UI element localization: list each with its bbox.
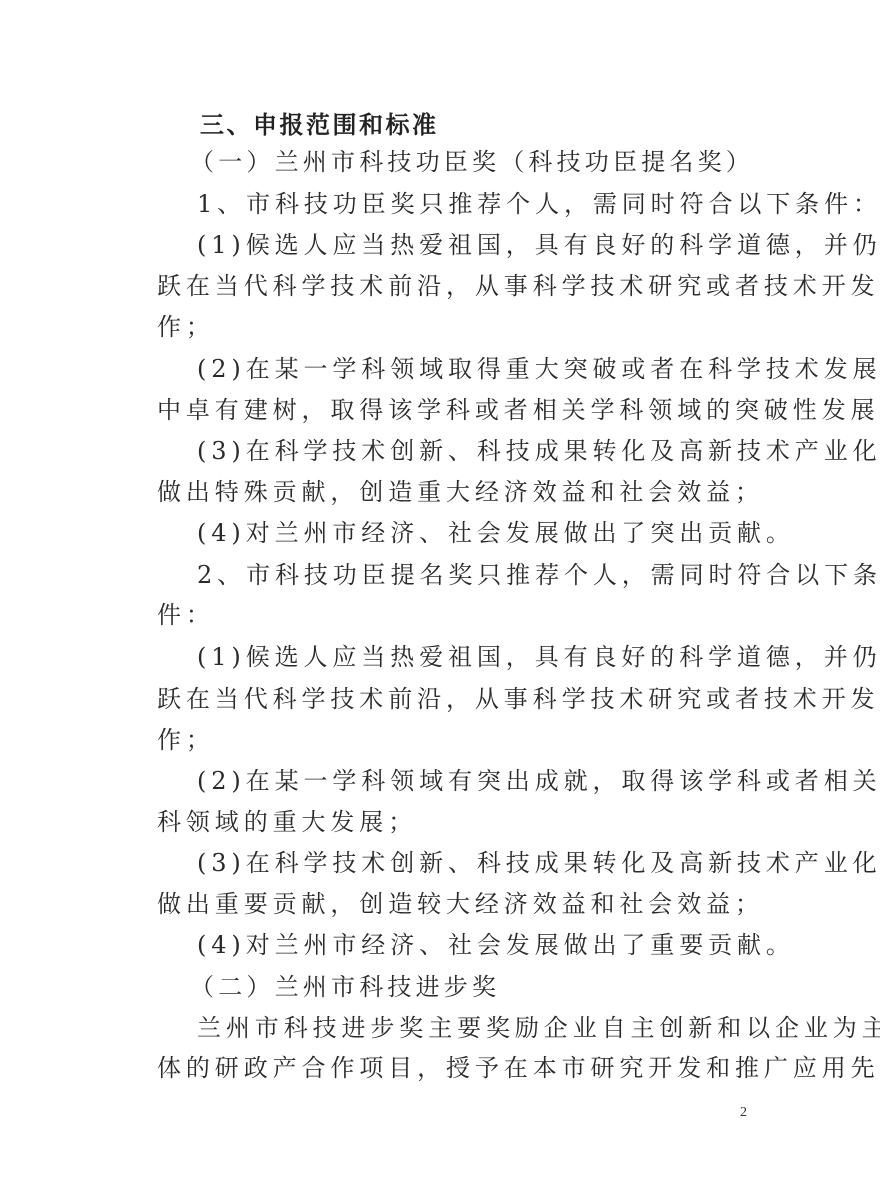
item-2-title-line-2: 件： (157, 598, 757, 632)
item-1-condition-4-line-1: (4)对兰州市经济、社会发展做出了突出贡献。 (197, 516, 757, 550)
item-1-condition-3-line-1: (3)在科学技术创新、科技成果转化及高新技术产业化中 (197, 434, 757, 468)
subsection-1-title: （一）兰州市科技功臣奖（科技功臣提名奖） (190, 145, 790, 179)
item-2-title-line-1: 2、市科技功臣提名奖只推荐个人，需同时符合以下条 (197, 558, 757, 592)
subsection-2-paragraph-line-1: 兰州市科技进步奖主要奖励企业自主创新和以企业为主 (197, 1011, 757, 1045)
item-2-condition-4-line-1: (4)对兰州市经济、社会发展做出了重要贡献。 (197, 928, 757, 962)
item-2-condition-1-line-3: 作； (157, 723, 757, 757)
item-2-condition-1-line-2: 跃在当代科学技术前沿，从事科学技术研究或者技术开发工 (157, 682, 757, 716)
item-2-condition-3-line-2: 做出重要贡献，创造较大经济效益和社会效益； (157, 887, 757, 921)
section-heading: 三、申报范围和标准 (200, 108, 800, 142)
item-2-condition-2-line-2: 科领域的重大发展； (157, 805, 757, 839)
item-2-condition-3-line-1: (3)在科学技术创新、科技成果转化及高新技术产业化中 (197, 846, 757, 880)
item-1-title: 1、市科技功臣奖只推荐个人，需同时符合以下条件： (197, 187, 757, 221)
item-1-condition-1-line-1: (1)候选人应当热爱祖国，具有良好的科学道德，并仍活 (197, 228, 757, 262)
subsection-2-title: （二）兰州市科技进步奖 (190, 970, 790, 1004)
document-page: 三、申报范围和标准 （一）兰州市科技功臣奖（科技功臣提名奖） 1、市科技功臣奖只… (0, 0, 880, 1182)
item-2-condition-1-line-1: (1)候选人应当热爱祖国，具有良好的科学道德，并仍活 (197, 640, 757, 674)
item-1-condition-1-line-2: 跃在当代科学技术前沿，从事科学技术研究或者技术开发工 (157, 269, 757, 303)
item-1-condition-1-line-3: 作； (157, 310, 757, 344)
item-1-condition-2-line-1: (2)在某一学科领域取得重大突破或者在科学技术发展 (197, 352, 757, 386)
page-number: 2 (740, 1105, 747, 1121)
item-2-condition-2-line-1: (2)在某一学科领域有突出成就，取得该学科或者相关学 (197, 764, 757, 798)
item-1-condition-2-line-2: 中卓有建树，取得该学科或者相关学科领域的突破性发展。 (157, 393, 757, 427)
subsection-2-paragraph-line-2: 体的研政产合作项目，授予在本市研究开发和推广应用先进 (157, 1051, 757, 1085)
item-1-condition-3-line-2: 做出特殊贡献，创造重大经济效益和社会效益； (157, 475, 757, 509)
